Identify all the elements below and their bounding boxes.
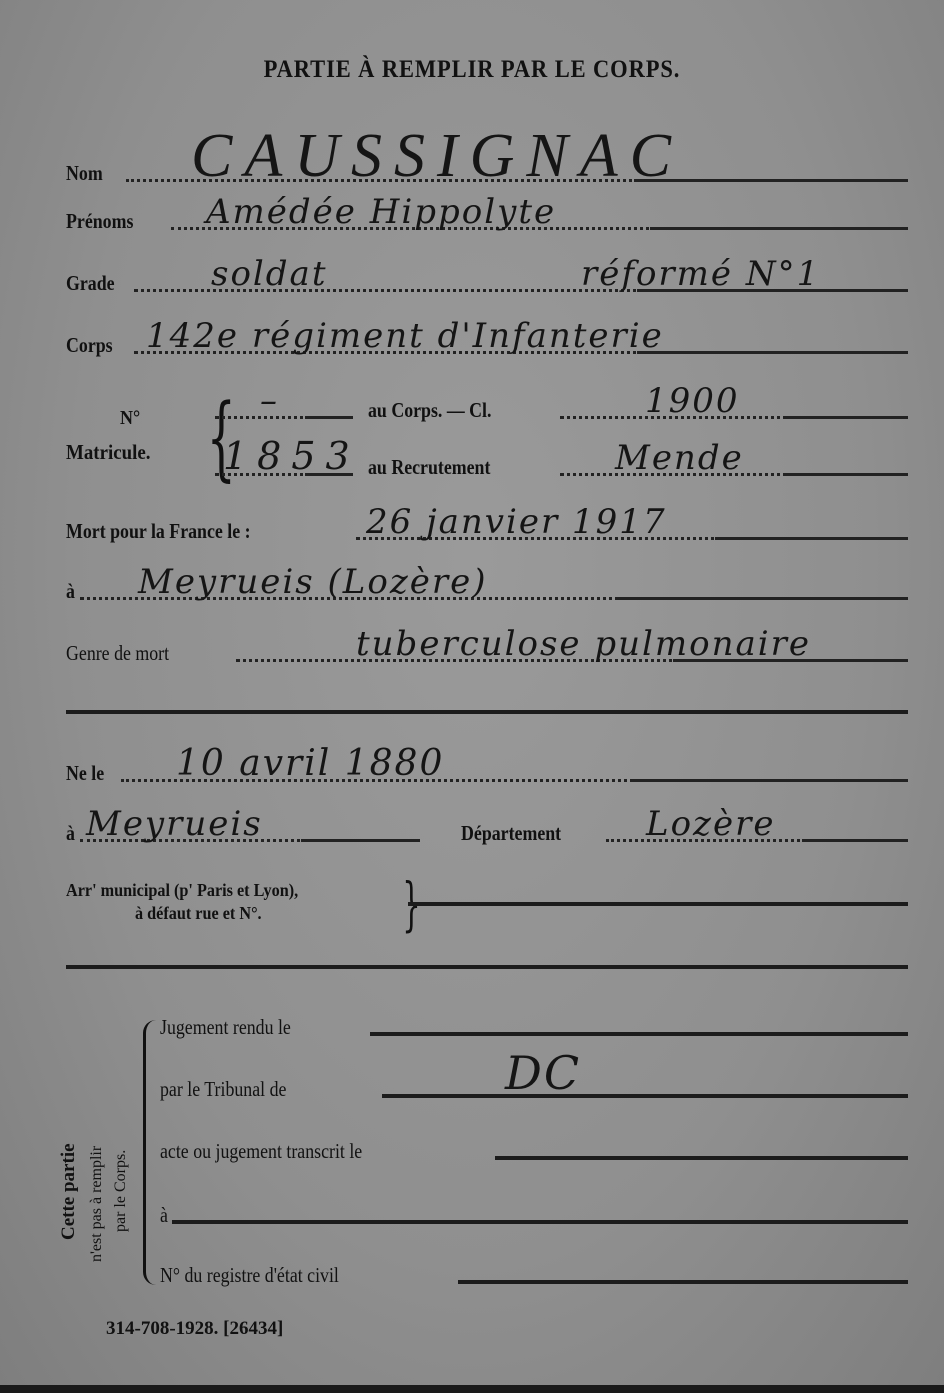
label-departement: Département (461, 821, 561, 846)
label-au-corps: au Corps. — Cl. (368, 398, 491, 423)
line-registre (458, 1280, 908, 1284)
row-blank-1 (66, 680, 908, 720)
value-corps: 142e régiment d'Infanterie (146, 316, 664, 356)
line-jugement-a (172, 1220, 908, 1224)
line-transcrit (495, 1156, 908, 1160)
label-ne-le: Ne le (66, 761, 104, 786)
label-mort-le: Mort pour la France le : (66, 519, 251, 544)
label-matricule-no: N° (120, 407, 140, 430)
label-ne-a: à (66, 821, 75, 846)
side-note-line3: par le Corps. (112, 1150, 130, 1232)
side-note: Cette partie n'est pas à remplir par le … (50, 1030, 150, 1270)
label-mort-a: à (66, 579, 75, 604)
value-mort-le: 26 janvier 1917 (366, 502, 667, 542)
row-prenoms: Prénoms Amédée Hippolyte (66, 196, 908, 236)
row-registre: N° du registre d'état civil (160, 1250, 908, 1290)
line-jugement-rendu (370, 1032, 908, 1036)
row-nom: Nom CAUSSIGNAC (66, 128, 908, 188)
row-blank-2 (66, 935, 908, 975)
value-genre-mort: tuberculose pulmonaire (356, 624, 811, 664)
label-arr-municipal-2: à défaut rue et N°. (135, 903, 262, 924)
row-transcrit: acte ou jugement transcrit le (160, 1126, 908, 1166)
row-tribunal: par le Tribunal de DC (160, 1064, 908, 1104)
label-recrutement: au Recrutement (368, 455, 490, 480)
form-title: PARTIE À REMPLIR PAR LE CORPS. (47, 56, 897, 84)
row-genre-mort: Genre de mort tuberculose pulmonaire (66, 628, 908, 668)
line-arr-municipal (408, 902, 908, 906)
row-jugement-a: à (160, 1190, 908, 1230)
value-tribunal: DC (505, 1046, 581, 1100)
document-card: PARTIE À REMPLIR PAR LE CORPS. Nom CAUSS… (0, 0, 944, 1393)
label-grade: Grade (66, 271, 115, 296)
value-recrutement-number: 1853 (223, 434, 360, 478)
row-mort-le: Mort pour la France le : 26 janvier 1917 (66, 506, 908, 546)
value-grade: soldat (211, 254, 328, 294)
side-note-line2: n'est pas à remplir (88, 1146, 106, 1262)
value-recrutement: Mende (615, 438, 744, 478)
value-departement: Lozère (646, 804, 775, 844)
value-prenoms: Amédée Hippolyte (206, 192, 556, 232)
value-ne-le: 10 avril 1880 (176, 743, 444, 784)
row-au-corps: – au Corps. — Cl. 1900 (215, 385, 908, 425)
row-arr-municipal (408, 872, 908, 912)
row-jugement-rendu: Jugement rendu le (160, 1002, 908, 1042)
value-au-corps: – (260, 381, 279, 421)
value-nom: CAUSSIGNAC (191, 121, 683, 192)
line-blank-2 (66, 965, 908, 969)
label-jugement-rendu: Jugement rendu le (160, 1015, 291, 1040)
label-corps: Corps (66, 333, 113, 358)
label-prenoms: Prénoms (66, 209, 133, 234)
line-tribunal (382, 1094, 908, 1098)
row-mort-a: à Meyrueis (Lozère) (66, 566, 908, 606)
value-mort-a: Meyrueis (Lozère) (138, 562, 488, 602)
label-arr-municipal-1: Arr' municipal (p' Paris et Lyon), (66, 880, 298, 901)
footer-print-code: 314-708-1928. [26434] (106, 1318, 283, 1340)
label-tribunal: par le Tribunal de (160, 1077, 286, 1102)
label-genre-mort: Genre de mort (66, 641, 169, 666)
label-transcrit: acte ou jugement transcrit le (160, 1139, 362, 1164)
row-ne-le: Ne le 10 avril 1880 (66, 748, 908, 788)
label-registre: N° du registre d'état civil (160, 1263, 339, 1288)
label-nom: Nom (66, 161, 103, 186)
value-grade-note: réformé N°1 (581, 254, 820, 294)
row-recrutement: 1853 au Recrutement Mende (215, 442, 908, 482)
row-ne-a: à Meyrueis Département Lozère (66, 808, 908, 848)
label-jugement-a: à (160, 1203, 168, 1228)
value-ne-a: Meyrueis (86, 804, 263, 844)
line-au-corps-number (215, 416, 353, 419)
row-grade: Grade soldat réformé N°1 (66, 258, 908, 298)
side-note-line1: Cette partie (58, 1143, 80, 1240)
bracket-jugement (143, 1020, 156, 1285)
value-classe: 1900 (645, 381, 740, 421)
line-blank-1 (66, 710, 908, 714)
row-corps: Corps 142e régiment d'Infanterie (66, 320, 908, 360)
label-matricule: Matricule. (66, 440, 150, 465)
